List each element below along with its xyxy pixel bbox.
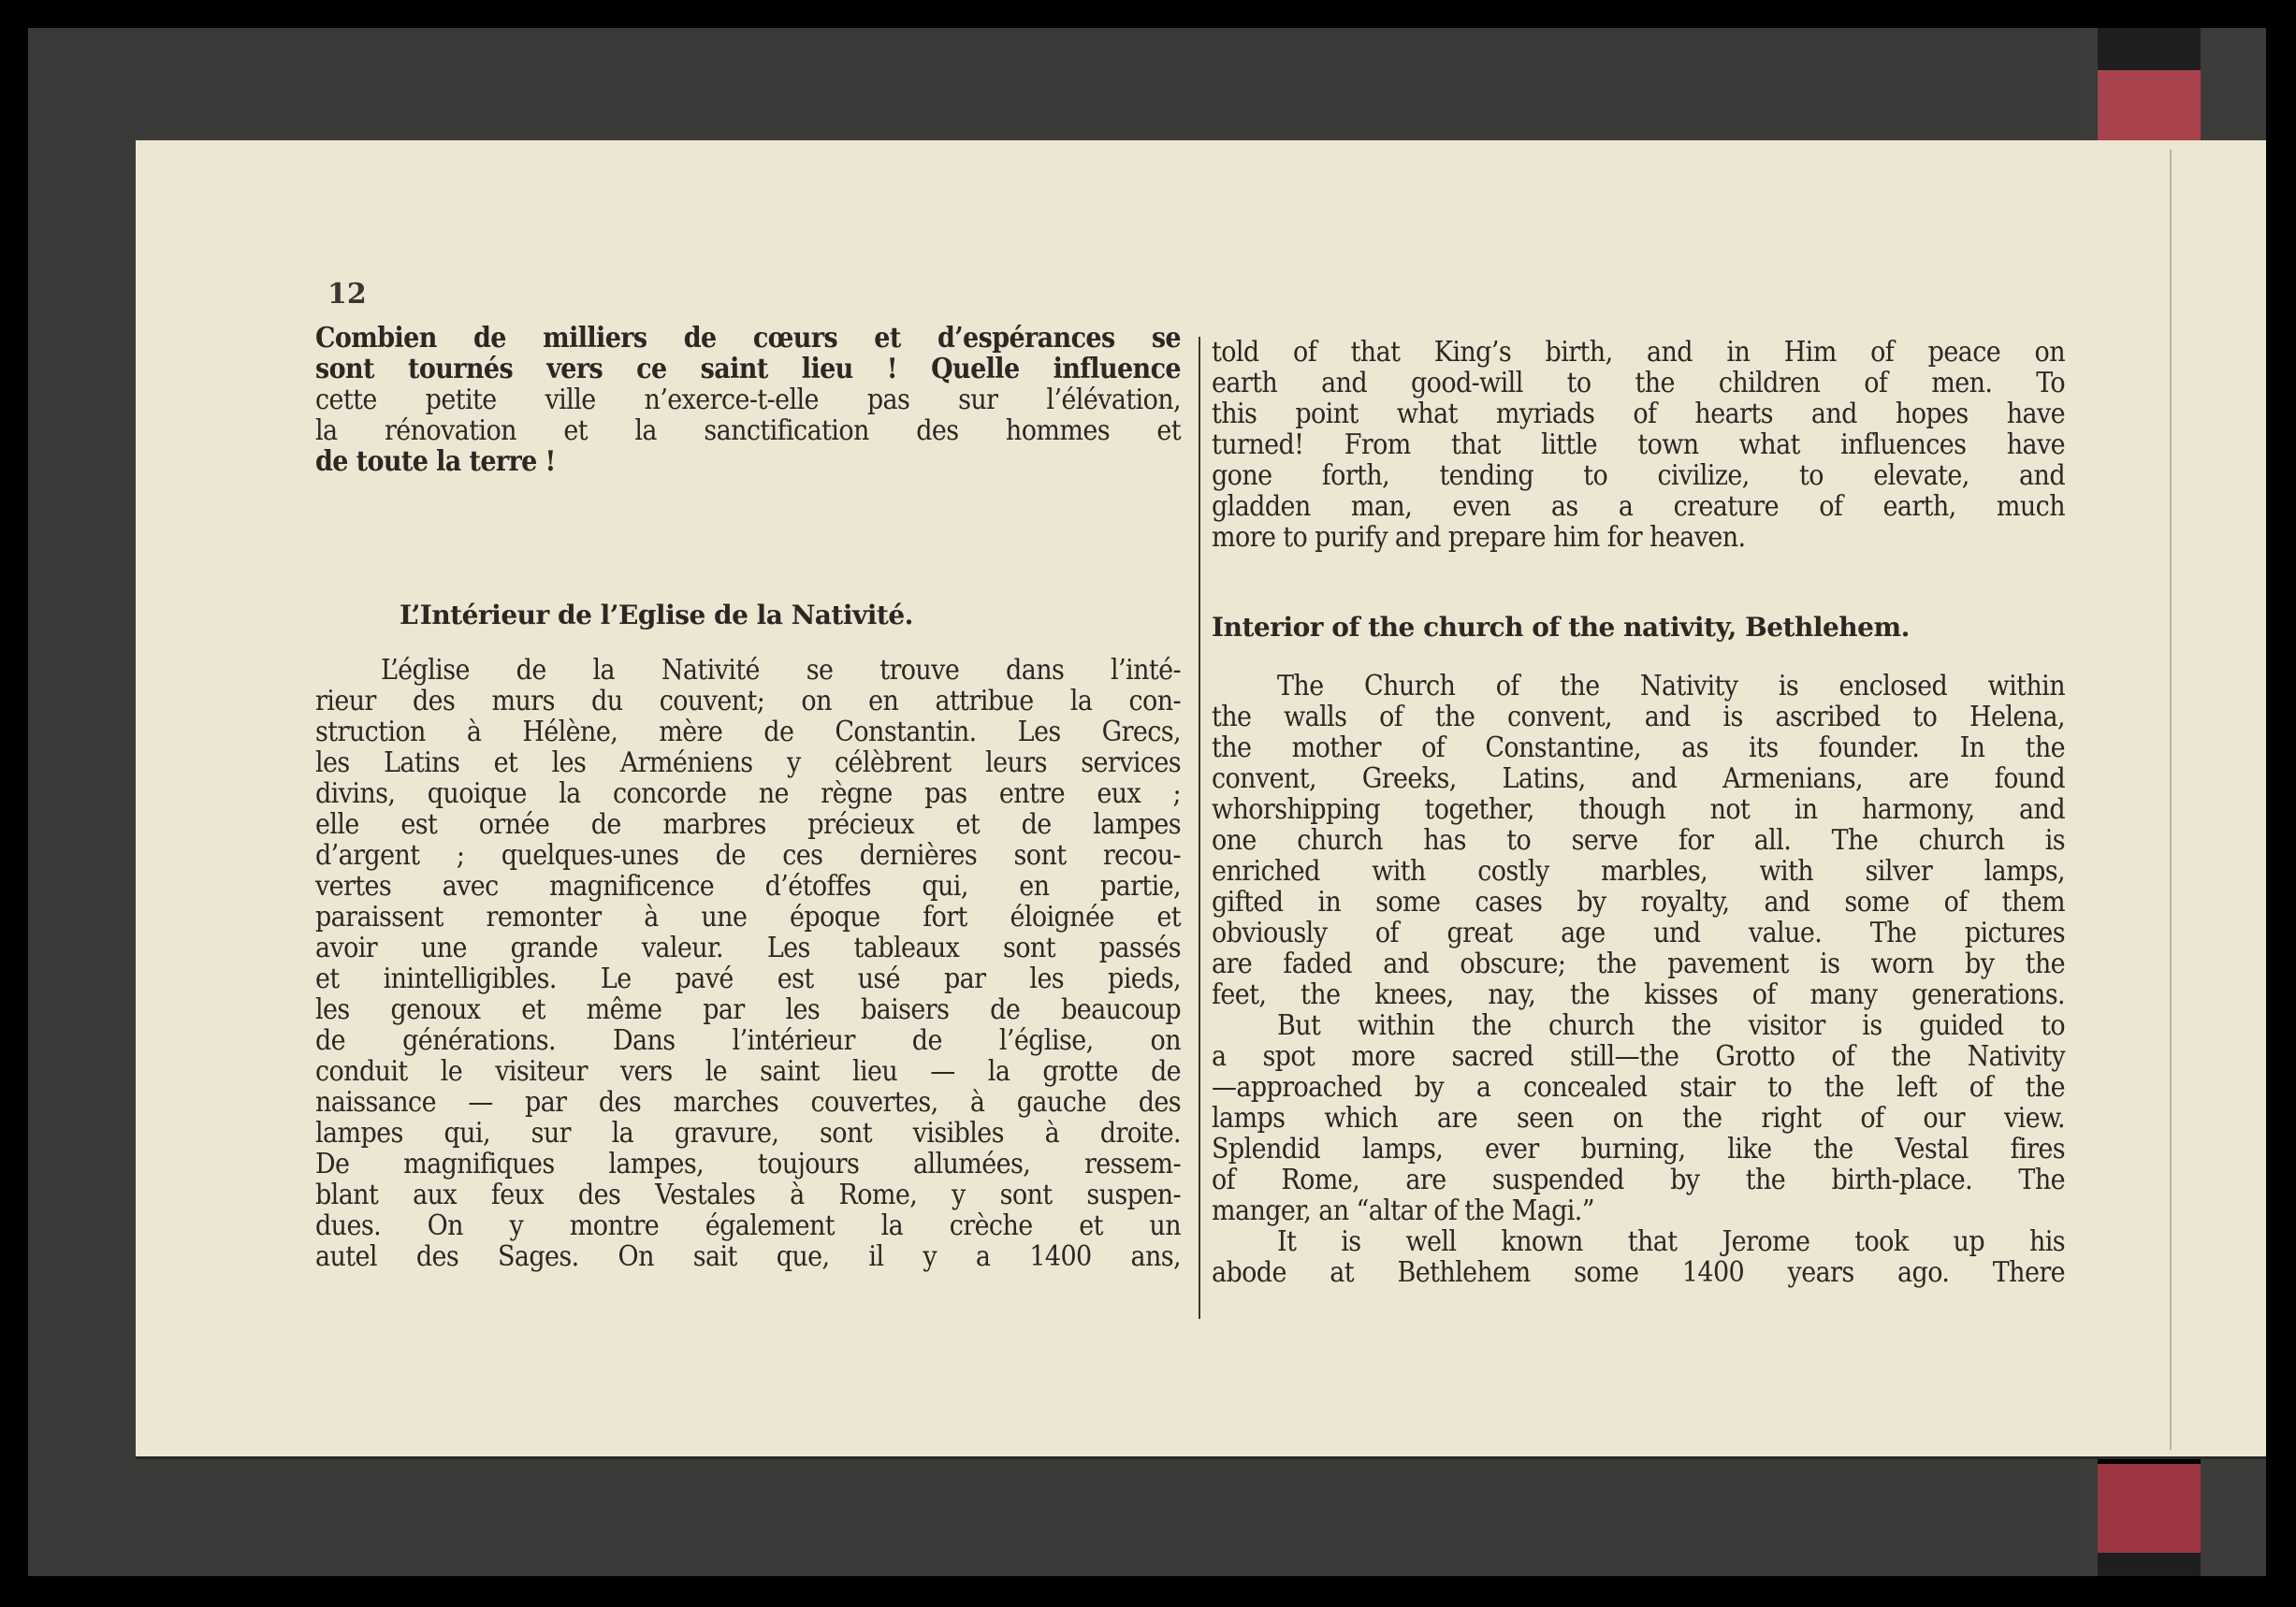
text-line: a spot more sacred still—the Grotto of t… xyxy=(1212,1041,2065,1072)
text-line: one church has to serve for all. The chu… xyxy=(1212,825,2065,856)
text-line: gifted in some cases by royalty, and som… xyxy=(1212,887,2065,918)
text-line: But within the church the visitor is gui… xyxy=(1212,1010,2065,1041)
text-line: cette petite ville n’exerce-t-elle pas s… xyxy=(315,384,1181,415)
text-line: told of that King’s birth, and in Him of… xyxy=(1212,337,2065,368)
column-divider xyxy=(1199,337,1200,1319)
text-line: rieur des murs du couvent; on en attribu… xyxy=(315,686,1181,717)
text-line: Combien de milliers de cœurs et d’espéra… xyxy=(315,323,1181,354)
text-line: It is well known that Jerome took up his xyxy=(1212,1226,2065,1257)
text-line: la rénovation et la sanctification des h… xyxy=(315,415,1181,446)
text-line: this point what myriads of hearts and ho… xyxy=(1212,398,2065,429)
text-line: conduit le visiteur vers le saint lieu —… xyxy=(315,1056,1181,1087)
text-line: obviously of great age und value. The pi… xyxy=(1212,918,2065,948)
text-line: paraissent remonter à une époque fort él… xyxy=(315,902,1181,933)
text-line: turned! From that little town what influ… xyxy=(1212,429,2065,460)
text-line: de toute la terre ! xyxy=(315,446,1181,477)
text-line: Splendid lamps, ever burning, like the V… xyxy=(1212,1134,2065,1165)
text-line: divins, quoique la concorde ne règne pas… xyxy=(315,778,1181,809)
text-line: sont tournés vers ce saint lieu ! Quelle… xyxy=(315,354,1181,384)
binding-cloth-bottom xyxy=(2098,1464,2201,1576)
text-line: —approached by a concealed stair to the … xyxy=(1212,1072,2065,1103)
text-line: les Latins et les Arméniens y célèbrent … xyxy=(315,747,1181,778)
section-heading-french: L’Intérieur de l’Eglise de la Nativité. xyxy=(400,600,913,630)
text-line: the walls of the convent, and is ascribe… xyxy=(1212,702,2065,732)
text-line: enriched with costly marbles, with silve… xyxy=(1212,856,2065,887)
text-line: struction à Hélène, mère de Constantin. … xyxy=(315,717,1181,747)
text-line: The Church of the Nativity is enclosed w… xyxy=(1212,671,2065,702)
text-line: et inintelligibles. Le pavé est usé par … xyxy=(315,963,1181,994)
page-number: 12 xyxy=(327,278,367,311)
text-line: of Rome, are suspended by the birth-plac… xyxy=(1212,1165,2065,1195)
page-gutter-fold xyxy=(2170,150,2172,1450)
text-line: earth and good-will to the children of m… xyxy=(1212,368,2065,398)
text-line: lampes qui, sur la gravure, sont visible… xyxy=(315,1118,1181,1149)
text-line: elle est ornée de marbres précieux et de… xyxy=(315,809,1181,840)
text-line: avoir une grande valeur. Les tableaux so… xyxy=(315,933,1181,963)
text-line: autel des Sages. On sait que, il y a 140… xyxy=(315,1241,1181,1272)
text-line: blant aux feux des Vestales à Rome, y so… xyxy=(315,1180,1181,1210)
text-line: gladden man, even as a creature of earth… xyxy=(1212,491,2065,522)
text-line: naissance — par des marches couvertes, à… xyxy=(315,1087,1181,1118)
text-line: dues. On y montre également la crèche et… xyxy=(315,1210,1181,1241)
text-line: whorshipping together, though not in har… xyxy=(1212,794,2065,825)
text-line: are faded and obscure; the pavement is w… xyxy=(1212,948,2065,979)
text-line: gone forth, tending to civilize, to elev… xyxy=(1212,460,2065,491)
binding-cloth-top xyxy=(2098,28,2201,150)
text-line: more to purify and prepare him for heave… xyxy=(1212,522,2065,553)
text-line: abode at Bethlehem some 1400 years ago. … xyxy=(1212,1257,2065,1288)
text-line: L’église de la Nativité se trouve dans l… xyxy=(315,655,1181,686)
text-line: feet, the knees, nay, the kisses of many… xyxy=(1212,979,2065,1010)
text-line: vertes avec magnificence d’étoffes qui, … xyxy=(315,871,1181,902)
text-line: the mother of Constantine, as its founde… xyxy=(1212,732,2065,763)
text-line: convent, Greeks, Latins, and Armenians, … xyxy=(1212,763,2065,794)
text-line: lamps which are seen on the right of our… xyxy=(1212,1103,2065,1134)
text-line: de générations. Dans l’intérieur de l’ég… xyxy=(315,1025,1181,1056)
text-line: De magnifiques lampes, toujours allumées… xyxy=(315,1149,1181,1180)
text-line: d’argent ; quelques-unes de ces dernière… xyxy=(315,840,1181,871)
text-line: les genoux et même par les baisers de be… xyxy=(315,994,1181,1025)
text-line: manger, an “altar of the Magi.” xyxy=(1212,1195,2065,1226)
section-heading-english: Interior of the church of the nativity, … xyxy=(1212,612,1910,643)
